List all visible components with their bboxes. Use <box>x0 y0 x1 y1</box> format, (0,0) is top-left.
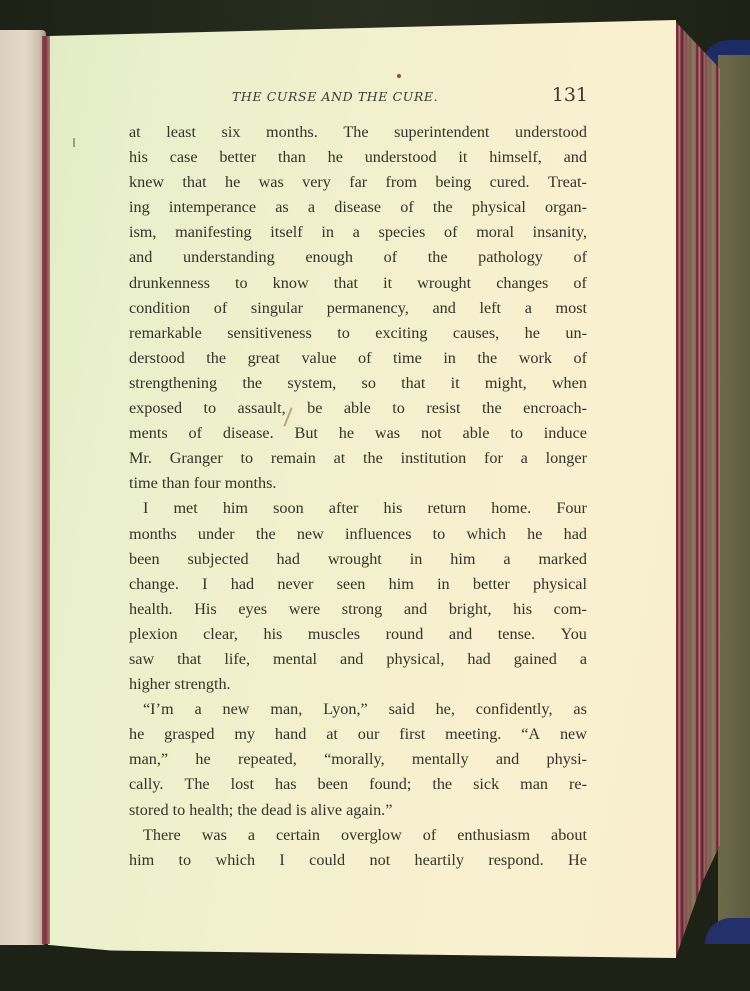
page-number: 131 <box>552 84 588 106</box>
text-line: Therewasacertainoverglowofenthusiasmabou… <box>129 823 587 848</box>
text-line: exposedtoassault,beabletoresisttheencroa… <box>129 396 587 421</box>
text-line: “I’manewman,Lyon,”saidhe,confidently,as <box>129 697 587 722</box>
text-line: stored to health; the dead is alive agai… <box>129 798 587 823</box>
book-gutter <box>42 36 50 944</box>
text-line: conditionofsingularpermanency,andleftamo… <box>129 296 587 321</box>
text-line: strengtheningthesystem,sothatitmight,whe… <box>129 371 587 396</box>
text-line: mentsofdisease.Buthewasnotabletoinduce <box>129 421 587 446</box>
body-text: atleastsixmonths.Thesuperintendentunders… <box>129 120 587 873</box>
text-line: ism,manifestingitselfinaspeciesofmoralin… <box>129 220 587 245</box>
text-line: hiscasebetterthanheunderstoodithimself,a… <box>129 145 587 170</box>
running-title: THE CURSE AND THE CURE. <box>232 89 438 104</box>
text-line: ingintemperanceasadiseaseofthephysicalor… <box>129 195 587 220</box>
facing-page-edge <box>0 30 46 945</box>
text-line: knewthathewasveryfarfrombeingcured.Treat… <box>129 170 587 195</box>
ink-spot <box>397 74 401 78</box>
text-line: derstoodthegreatvalueoftimeintheworkof <box>129 346 587 371</box>
margin-mark <box>73 138 75 147</box>
page-block-edges <box>676 22 720 957</box>
text-line: time than four months. <box>129 471 587 496</box>
text-line: cally.Thelosthasbeenfound;thesickmanre- <box>129 772 587 797</box>
text-line: monthsunderthenewinfluencestowhichhehad <box>129 522 587 547</box>
text-line: himtowhichIcouldnotheartilyrespond.He <box>129 848 587 873</box>
text-line: plexionclear,hismusclesroundandtense.You <box>129 622 587 647</box>
text-line: andunderstandingenoughofthepathologyof <box>129 245 587 270</box>
text-line: change.Ihadneverseenhiminbetterphysical <box>129 572 587 597</box>
running-header: THE CURSE AND THE CURE. 131 <box>232 84 588 106</box>
text-line: man,”herepeated,“morally,mentallyandphys… <box>129 747 587 772</box>
book-cover-right <box>718 55 750 925</box>
text-line: higher strength. <box>129 672 587 697</box>
text-line: Mr.Grangertoremainattheinstitutionforalo… <box>129 446 587 471</box>
text-line: sawthatlife,mentalandphysical,hadgaineda <box>129 647 587 672</box>
text-line: hegraspedmyhandatourfirstmeeting.“Anew <box>129 722 587 747</box>
text-line: remarkablesensitivenesstoexcitingcauses,… <box>129 321 587 346</box>
text-line: atleastsixmonths.Thesuperintendentunders… <box>129 120 587 145</box>
text-line: Imethimsoonafterhisreturnhome.Four <box>129 496 587 521</box>
text-line: drunkennesstoknowthatitwroughtchangesof <box>129 271 587 296</box>
text-line: health.Hiseyeswerestrongandbright,hiscom… <box>129 597 587 622</box>
text-line: beensubjectedhadwroughtinhimamarked <box>129 547 587 572</box>
